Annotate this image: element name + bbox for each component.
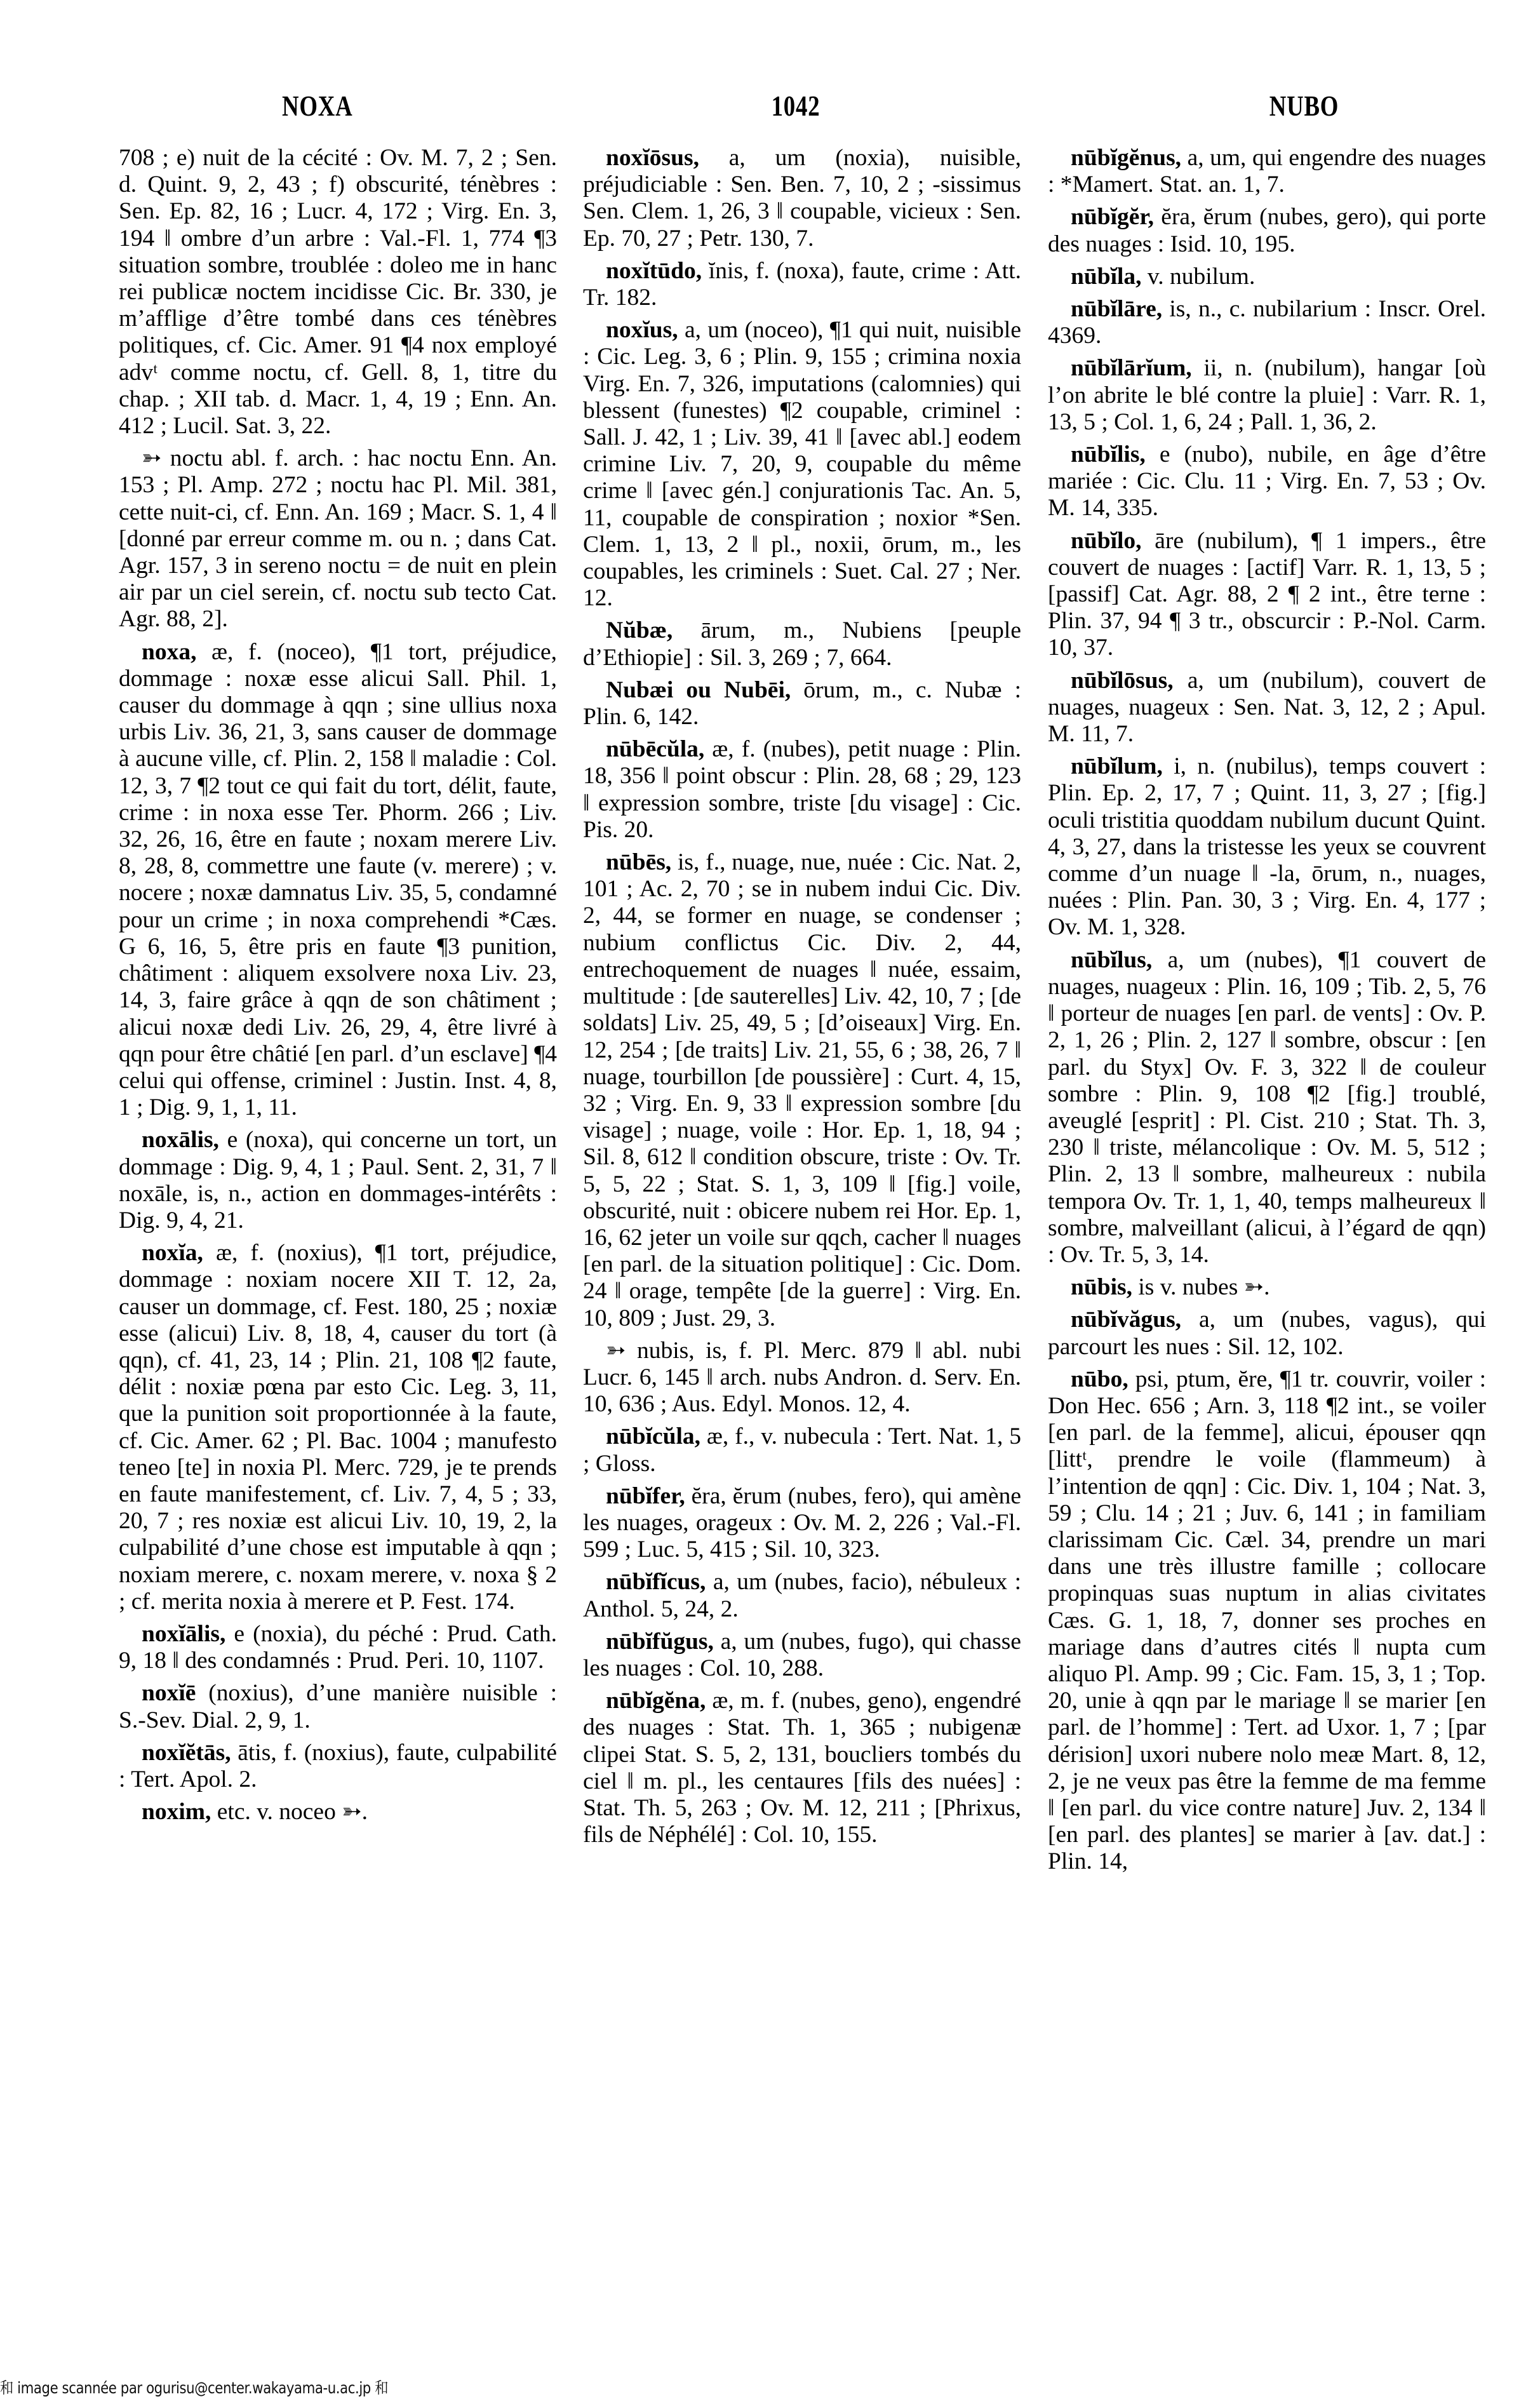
entry-headword: nūbĭlum, [1071, 753, 1163, 779]
entry-headword: noxim, [142, 1799, 211, 1825]
dictionary-entry: nūbĭfĭcus, a, um (nubes, facio), nébuleu… [583, 1569, 1021, 1622]
entry-headword: nūbĭla, [1071, 264, 1142, 290]
running-head-left: NOXA [282, 89, 353, 123]
dictionary-entry: noxĭtūdo, ĭnis, f. (noxa), faute, crime … [583, 258, 1021, 311]
dictionary-entry: Nŭbæ, ārum, m., Nubiens [peuple d’Ethiop… [583, 617, 1021, 671]
entry-headword: nūbĭlārĭum, [1071, 355, 1192, 381]
entry-definition: 708 ; e) nuit de la cécité : Ov. M. 7, 2… [119, 145, 557, 439]
dictionary-entry: noxim, etc. v. noceo ➳. [119, 1799, 557, 1825]
dictionary-entry: noxĭĕtās, ātis, f. (noxius), faute, culp… [119, 1740, 557, 1793]
entry-definition: i, n. (nubilus), temps couvert : Plin. E… [1048, 753, 1486, 940]
scan-credit-footer: 和 image scannée par ogurisu@center.wakay… [0, 2376, 388, 2398]
entry-definition: is v. nubes ➳. [1132, 1274, 1270, 1300]
entry-headword: nūbĭgĕna, [606, 1688, 706, 1714]
dictionary-entry: nūbĭgĕr, ĕra, ĕrum (nubes, gero), qui po… [1048, 204, 1486, 257]
entry-definition: etc. v. noceo ➳. [211, 1799, 368, 1825]
entry-headword: nūbĭgĕnus, [1071, 145, 1181, 171]
entry-headword: Nubæi ou Nubēi, [606, 677, 791, 703]
entry-definition: ➳ nubis, is, f. Pl. Merc. 879 ‖ abl. nub… [583, 1338, 1021, 1417]
entry-headword: noxĭus, [606, 317, 678, 343]
entry-headword: nūbĭcŭla, [606, 1423, 700, 1449]
entry-headword: noxĭĕtās, [142, 1740, 231, 1766]
dictionary-entry: nūbĭfer, ĕra, ĕrum (nubes, fero), qui am… [583, 1483, 1021, 1564]
dictionary-entry: nūbĭlum, i, n. (nubilus), temps couvert … [1048, 753, 1486, 941]
entry-definition: æ, f. (noxius), ¶1 tort, préjudice, domm… [119, 1240, 557, 1615]
entry-definition: psi, ptum, ĕre, ¶1 tr. couvrir, voiler :… [1048, 1366, 1486, 1875]
entry-headword: nūbēs, [606, 849, 671, 875]
entry-headword: noxĭa, [142, 1240, 203, 1266]
entry-headword: nūbĭgĕr, [1071, 204, 1154, 230]
dictionary-entry: nūbĭlo, āre (nubilum), ¶ 1 impers., être… [1048, 528, 1486, 662]
entry-definition: æ, f. (noceo), ¶1 tort, préjudice, domma… [119, 639, 557, 1120]
dictionary-entry: nūbēcŭla, æ, f. (nubes), petit nuage : P… [583, 736, 1021, 843]
dictionary-entry: nūbĭlārĭum, ii, n. (nubilum), hangar [où… [1048, 355, 1486, 436]
column-left: 708 ; e) nuit de la cécité : Ov. M. 7, 2… [119, 145, 557, 1831]
dictionary-entry: noxālis, e (noxa), qui concerne un tort,… [119, 1127, 557, 1234]
dictionary-entry: nūbēs, is, f., nuage, nue, nuée : Cic. N… [583, 849, 1021, 1332]
dictionary-entry: noxa, æ, f. (noceo), ¶1 tort, préjudice,… [119, 639, 557, 1122]
dictionary-entry: noxĭus, a, um (noceo), ¶1 qui nuit, nuis… [583, 317, 1021, 612]
running-head-right: NUBO [1269, 89, 1339, 123]
dictionary-entry: nūbĭlōsus, a, um (nubilum), couvert de n… [1048, 668, 1486, 748]
entry-headword: nūbĭlus, [1071, 947, 1152, 973]
entry-headword: noxĭē [142, 1680, 196, 1706]
entry-headword: nūbĭfŭgus, [606, 1629, 714, 1655]
entry-headword: nūbĭvăgus, [1071, 1307, 1181, 1333]
entry-definition: a, um (nubes), ¶1 couvert de nuages, nua… [1048, 947, 1486, 1268]
dictionary-entry: nūbĭgĕna, æ, m. f. (nubes, geno), engend… [583, 1688, 1021, 1848]
entry-headword: noxĭōsus, [606, 145, 699, 171]
dictionary-entry: nūbĭla, v. nubilum. [1048, 264, 1486, 290]
dictionary-entry: nūbis, is v. nubes ➳. [1048, 1274, 1486, 1301]
entry-headword: nūbĭfer, [606, 1483, 685, 1509]
dictionary-note: ➳ nubis, is, f. Pl. Merc. 879 ‖ abl. nub… [583, 1338, 1021, 1418]
dictionary-entry: Nubæi ou Nubēi, ōrum, m., c. Nubæ : Plin… [583, 677, 1021, 730]
entry-headword: nūbo, [1071, 1366, 1128, 1392]
entry-headword: nūbĭlāre, [1071, 296, 1162, 322]
entry-headword: Nŭbæ, [606, 617, 673, 643]
entry-definition: a, um (noceo), ¶1 qui nuit, nuisible : C… [583, 317, 1021, 611]
entry-headword: nūbĭlōsus, [1071, 668, 1174, 694]
entry-continuation: 708 ; e) nuit de la cécité : Ov. M. 7, 2… [119, 145, 557, 440]
column-middle: noxĭōsus, a, um (noxia), nuisible, préju… [583, 145, 1021, 1854]
entry-definition: ➳ noctu abl. f. arch. : hac noctu Enn. A… [119, 445, 557, 632]
entry-headword: nūbĭlo, [1071, 528, 1142, 554]
dictionary-entry: nūbĭlus, a, um (nubes), ¶1 couvert de nu… [1048, 947, 1486, 1268]
dictionary-entry: nūbĭcŭla, æ, f., v. nubecula : Tert. Nat… [583, 1423, 1021, 1477]
dictionary-entry: noxĭōsus, a, um (noxia), nuisible, préju… [583, 145, 1021, 252]
entry-headword: noxĭtūdo, [606, 258, 702, 284]
dictionary-entry: noxĭālis, e (noxia), du péché : Prud. Ca… [119, 1621, 557, 1674]
dictionary-entry: noxĭē (noxius), d’une manière nuisible :… [119, 1680, 557, 1733]
dictionary-entry: nūbĭvăgus, a, um (nubes, vagus), qui par… [1048, 1307, 1486, 1360]
entry-headword: noxa, [142, 639, 196, 665]
entry-headword: nūbis, [1071, 1274, 1132, 1300]
page-number: 1042 [772, 89, 820, 123]
entry-headword: noxĭālis, [142, 1621, 225, 1647]
column-right: nūbĭgĕnus, a, um, qui engendre des nuage… [1048, 145, 1486, 1881]
dictionary-note: ➳ noctu abl. f. arch. : hac noctu Enn. A… [119, 445, 557, 633]
entry-definition: v. nubilum. [1142, 264, 1255, 290]
dictionary-entry: nūbĭfŭgus, a, um (nubes, fugo), qui chas… [583, 1629, 1021, 1682]
entry-headword: noxālis, [142, 1127, 219, 1153]
dictionary-entry: noxĭa, æ, f. (noxius), ¶1 tort, préjudic… [119, 1240, 557, 1615]
entry-headword: nūbĭfĭcus, [606, 1569, 706, 1595]
entry-headword: nūbēcŭla, [606, 736, 704, 762]
entry-headword: nūbĭlis, [1071, 441, 1146, 467]
dictionary-entry: nūbo, psi, ptum, ĕre, ¶1 tr. couvrir, vo… [1048, 1366, 1486, 1876]
dictionary-entry: nūbĭlis, e (nubo), nubile, en âge d’être… [1048, 441, 1486, 522]
entry-definition: is, f., nuage, nue, nuée : Cic. Nat. 2, … [583, 849, 1021, 1331]
dictionary-entry: nūbĭlāre, is, n., c. nubilarium : Inscr.… [1048, 296, 1486, 349]
dictionary-entry: nūbĭgĕnus, a, um, qui engendre des nuage… [1048, 145, 1486, 198]
